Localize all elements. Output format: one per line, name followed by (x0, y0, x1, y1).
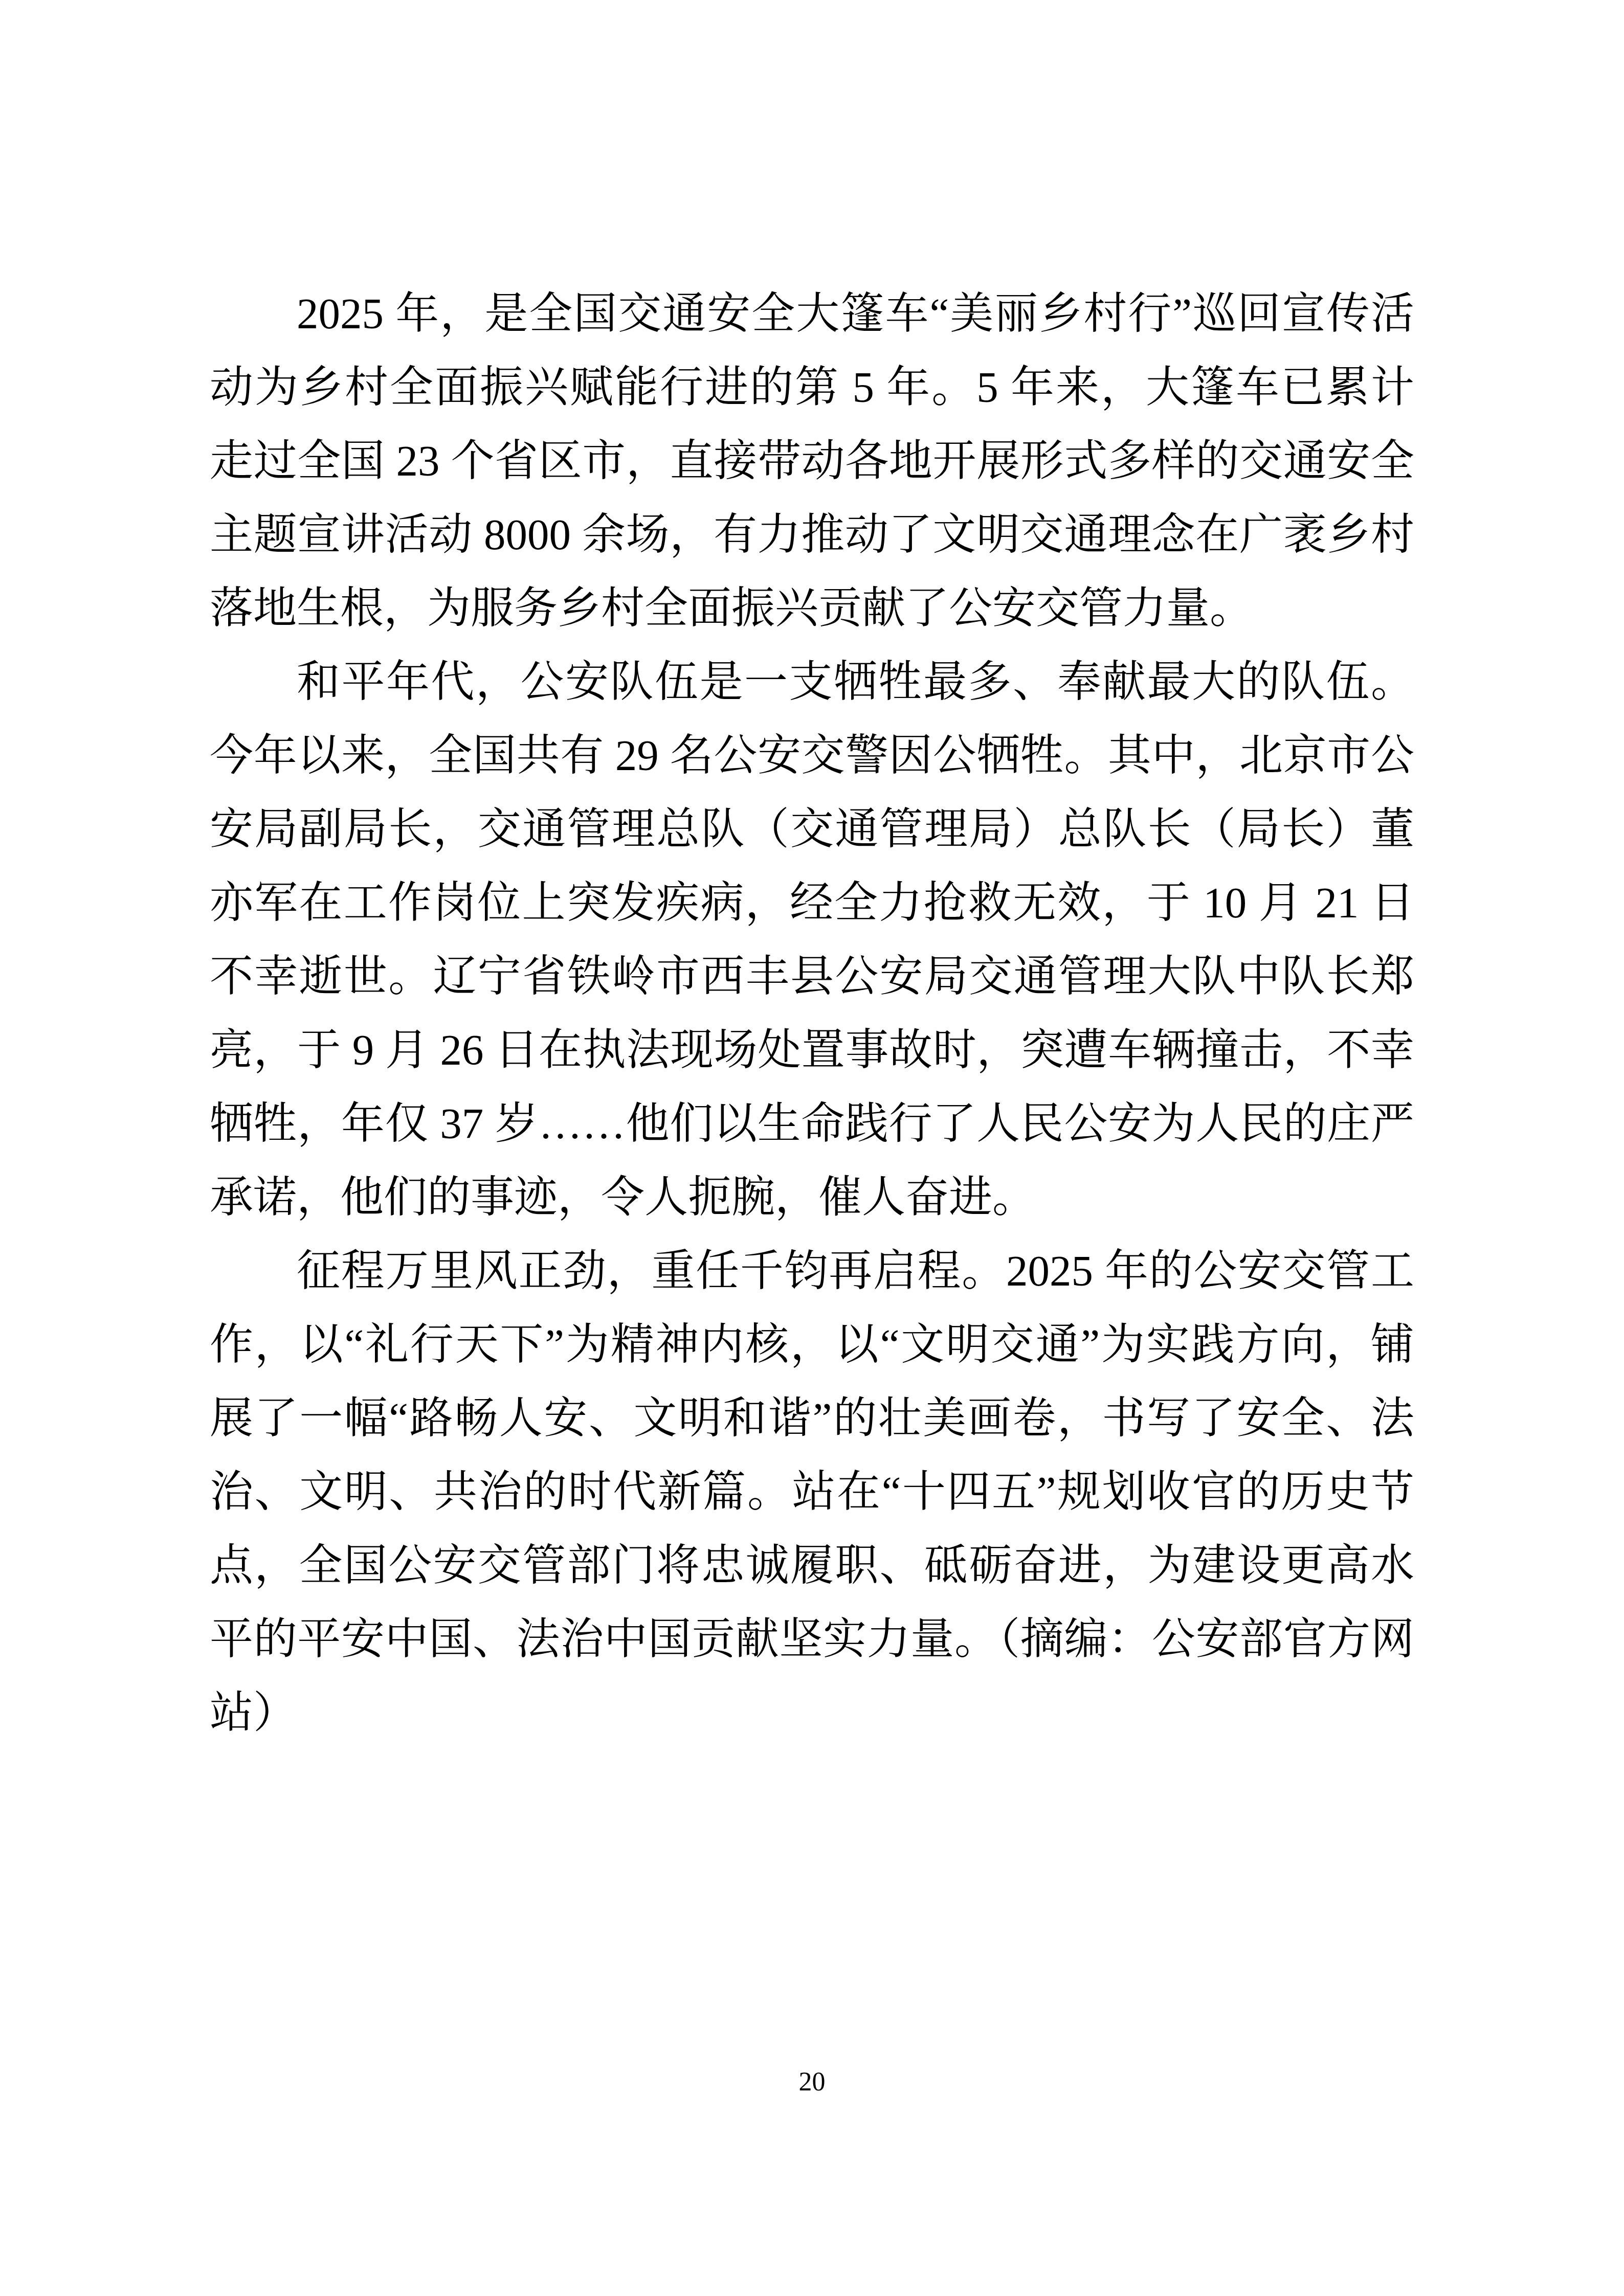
document-body: 2025 年，是全国交通安全大篷车“美丽乡村行”巡回宣传活动为乡村全面振兴赋能行… (210, 277, 1414, 1750)
paragraph-3: 征程万里风正劲，重任千钧再启程。2025 年的公安交管工作，以“礼行天下”为精神… (210, 1234, 1414, 1750)
paragraph-2: 和平年代，公安队伍是一支牺牲最多、奉献最大的队伍。今年以来，全国共有 29 名公… (210, 645, 1414, 1234)
document-page: 2025 年，是全国交通安全大篷车“美丽乡村行”巡回宣传活动为乡村全面振兴赋能行… (0, 0, 1624, 2296)
paragraph-1: 2025 年，是全国交通安全大篷车“美丽乡村行”巡回宣传活动为乡村全面振兴赋能行… (210, 277, 1414, 645)
page-number: 20 (0, 2069, 1624, 2096)
